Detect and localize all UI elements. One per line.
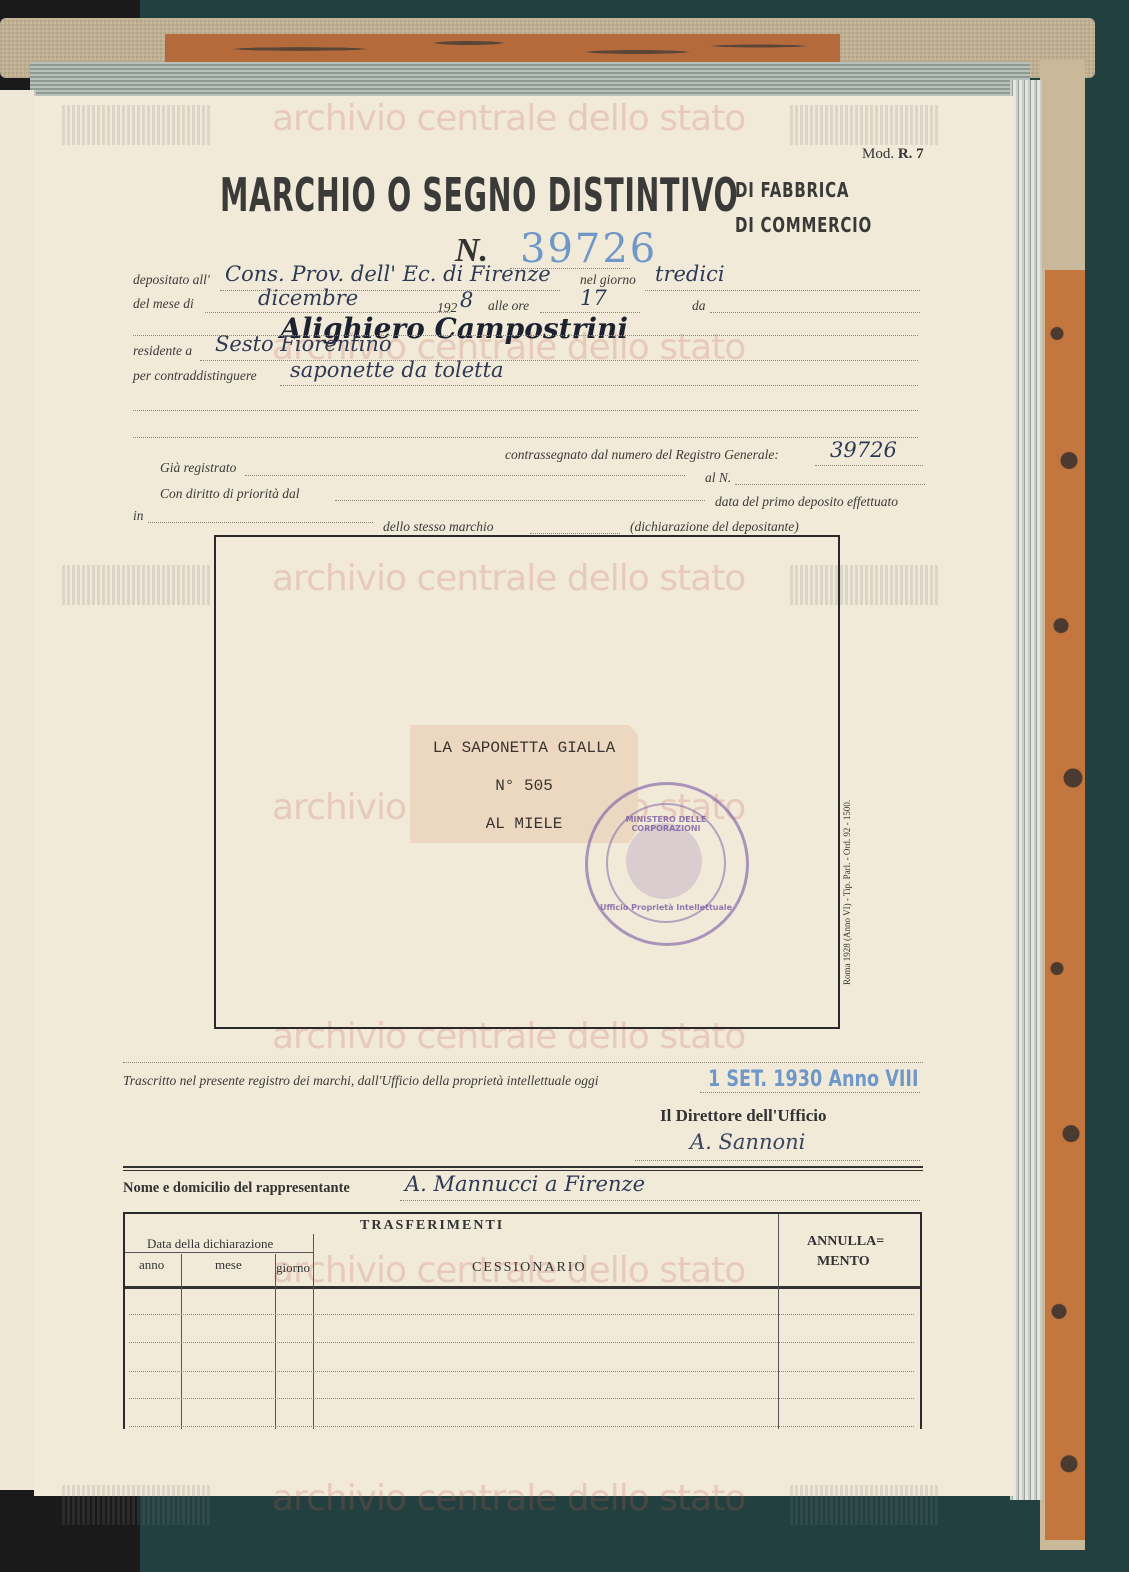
column-giorno: giorno bbox=[276, 1260, 310, 1276]
book-marbled-cover-right bbox=[1045, 270, 1085, 1540]
deposit-office-label: depositato all' bbox=[133, 272, 210, 288]
printer-imprint: Roma 1928 (Anno VI) - Tip. Parl. - Ord. … bbox=[842, 800, 852, 985]
residence-label: residente a bbox=[133, 343, 192, 359]
book-marbled-cover-top bbox=[165, 34, 840, 64]
watermark-text: archivio centrale dello stato bbox=[272, 98, 745, 139]
coat-of-arms-icon bbox=[626, 823, 702, 899]
watermark-logo-icon bbox=[62, 565, 212, 605]
date-group-header: Data della dichiarazione bbox=[147, 1236, 273, 1252]
al-n-label: al N. bbox=[705, 470, 731, 486]
director-signature: A. Sannoni bbox=[690, 1130, 805, 1154]
general-register-label: contrassegnato dal numero del Registro G… bbox=[505, 447, 779, 463]
director-label: Il Direttore dell'Ufficio bbox=[660, 1106, 827, 1126]
section-divider bbox=[123, 1166, 923, 1171]
deposit-office-value: Cons. Prov. dell' Ec. di Firenze bbox=[225, 262, 551, 286]
general-register-value: 39726 bbox=[830, 438, 897, 462]
watermark-logo-icon bbox=[790, 1485, 940, 1525]
seal-text-top: MINISTERO DELLE CORPORAZIONI bbox=[596, 815, 736, 833]
already-registered-label: Già registrato bbox=[160, 460, 236, 476]
in-label: in bbox=[133, 508, 144, 524]
transcription-label: Trascritto nel presente registro dei mar… bbox=[123, 1073, 598, 1089]
transfers-title: TRASFERIMENTI bbox=[360, 1218, 504, 1234]
trademark-line-1: LA SAPONETTA GIALLA bbox=[410, 739, 638, 757]
da-label: da bbox=[692, 298, 706, 314]
title-subtitle-fabbrica: DI FABBRICA bbox=[735, 178, 849, 202]
header-rule bbox=[125, 1286, 920, 1289]
watermark-logo-icon bbox=[790, 105, 940, 145]
year-value: 8 bbox=[460, 288, 473, 312]
month-label: del mese di bbox=[133, 296, 194, 312]
representative-label: Nome e domicilio del rappresentante bbox=[123, 1180, 350, 1197]
title-subtitle-commercio: DI COMMERCIO bbox=[735, 213, 872, 237]
seal-text-bottom: Ufficio Proprietà Intellettuale bbox=[596, 903, 736, 912]
column-annullamento-2: MENTO bbox=[817, 1254, 870, 1270]
facing-page-edge bbox=[0, 90, 36, 1490]
same-mark-label: dello stesso marchio bbox=[383, 519, 494, 535]
page-edges-right bbox=[1010, 80, 1042, 1500]
product-value: saponette da toletta bbox=[290, 358, 504, 382]
residence-value: Sesto Fiorentino bbox=[215, 332, 392, 356]
page-title: MARCHIO O SEGNO DISTINTIVO bbox=[220, 168, 738, 222]
hour-value: 17 bbox=[580, 286, 607, 310]
form-code: Mod. R. 7 bbox=[862, 146, 924, 163]
trademark-line-2: N° 505 bbox=[410, 777, 638, 795]
watermark-text: archivio centrale dello stato bbox=[272, 1478, 745, 1519]
first-deposit-label: data del primo deposito effettuato bbox=[715, 494, 898, 510]
declaration-label: (dichiarazione del depositante) bbox=[630, 519, 799, 535]
column-mese: mese bbox=[215, 1257, 242, 1273]
column-annullamento-1: ANNULLA= bbox=[807, 1234, 884, 1250]
priority-label: Con diritto di priorità dal bbox=[160, 486, 300, 502]
day-value: tredici bbox=[655, 262, 725, 286]
transcription-date-stamp: 1 SET. 1930 Anno VIII bbox=[708, 1067, 919, 1092]
product-label: per contraddistinguere bbox=[133, 368, 257, 384]
column-cessionario: CESSIONARIO bbox=[472, 1260, 587, 1276]
watermark-logo-icon bbox=[62, 105, 212, 145]
transfers-table: TRASFERIMENTI Data della dichiarazione a… bbox=[123, 1212, 922, 1429]
representative-value: A. Mannucci a Firenze bbox=[405, 1172, 645, 1196]
ministry-seal-stamp: MINISTERO DELLE CORPORAZIONI Ufficio Pro… bbox=[585, 782, 749, 946]
column-anno: anno bbox=[139, 1257, 164, 1273]
month-value: dicembre bbox=[258, 286, 358, 310]
watermark-logo-icon bbox=[62, 1485, 212, 1525]
